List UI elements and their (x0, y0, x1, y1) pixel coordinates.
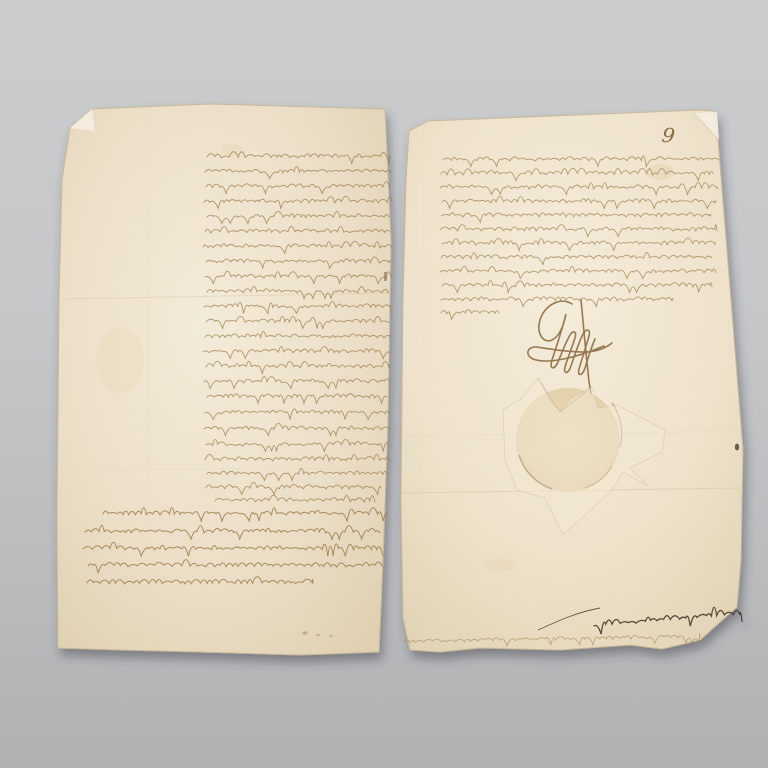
left-page-corner-fold (70, 109, 95, 131)
manuscript-scene: 9 (0, 0, 768, 768)
stain (329, 635, 333, 637)
left-page (57, 104, 392, 655)
stain (316, 634, 320, 637)
manuscript-photograph: 9 (0, 0, 768, 768)
stain (484, 559, 516, 571)
stain (646, 164, 674, 180)
right-page: 9 (401, 110, 743, 652)
stain (302, 631, 307, 634)
stain (735, 444, 739, 451)
right-page-paper (401, 110, 743, 652)
stain (96, 326, 144, 394)
